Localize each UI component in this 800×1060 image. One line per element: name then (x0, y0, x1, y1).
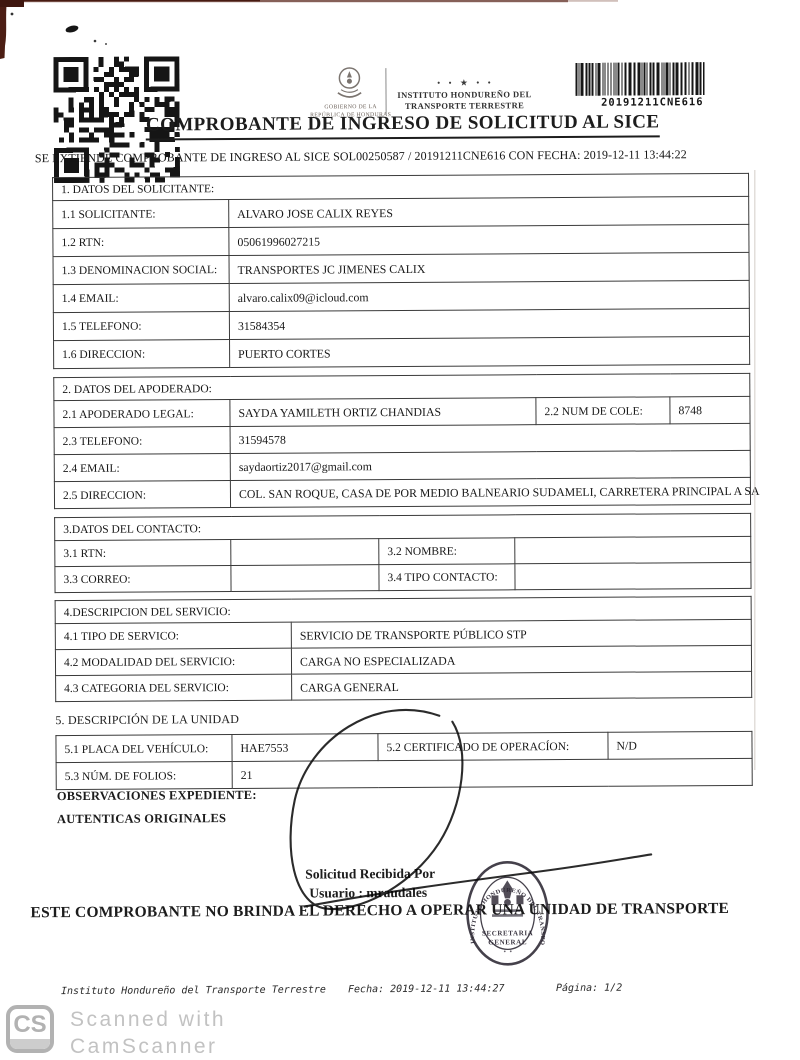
field-value: 31584354 (229, 308, 749, 339)
section-datos-solicitante: 1. DATOS DEL SOLICITANTE: 1.1 SOLICITANT… (52, 173, 750, 369)
field-value: HAE7553 (232, 734, 378, 762)
field-value: CARGA NO ESPECIALIZADA (291, 645, 751, 674)
scanned-document-page: GOBIERNO DE LA REPÚBLICA DE HONDURAS • •… (0, 0, 800, 1060)
field-value: SAYDA YAMILETH ORTIZ CHANDIAS (230, 398, 536, 427)
row-email: 2.4 EMAIL:saydaortiz2017@gmail.com (54, 450, 750, 481)
section-datos-contacto: 3.DATOS DEL CONTACTO: 3.1 RTN: 3.2 NOMBR… (54, 513, 751, 593)
received-by-label: Solicitud Recibida Por (305, 866, 435, 883)
row-telefono: 2.3 TELEFONO:31594578 (54, 423, 750, 454)
gov-emblem-icon (330, 64, 368, 102)
field-label: 1.2 RTN: (53, 228, 229, 257)
form-body: 1. DATOS DEL SOLICITANTE: 1.1 SOLICITANT… (52, 173, 753, 790)
footer-org: Instituto Hondureño del Transporte Terre… (61, 984, 326, 997)
row-solicitante: 1.1 SOLICITANTE:ALVARO JOSE CALIX REYES (53, 196, 749, 228)
field-label: 4.1 TIPO DE SERVICO: (55, 622, 291, 649)
field-label: 5.3 NÚM. DE FOLIOS: (56, 762, 232, 790)
section-datos-apoderado: 2. DATOS DEL APODERADO: 2.1 APODERADO LE… (53, 373, 751, 509)
field-label: 1.3 DENOMINACION SOCIAL: (53, 256, 229, 285)
observaciones-value: AUTENTICAS ORIGINALES (57, 811, 226, 827)
field-value: TRANSPORTES JC JIMENES CALIX (229, 252, 749, 283)
section-descripcion-servicio: 4.DESCRIPCION DEL SERVICIO: 4.1 TIPO DE … (55, 596, 753, 702)
stars-icon: • • ★ • • (395, 77, 535, 89)
camscanner-badge-band (10, 1039, 50, 1049)
row-apoderado-legal: 2.1 APODERADO LEGAL: SAYDA YAMILETH ORTI… (54, 396, 750, 427)
section-5-title: 5. DESCRIPCIÓN DE LA UNIDAD (55, 709, 752, 729)
received-by-user: Usuario : mraudales (309, 885, 427, 902)
institute-line1: INSTITUTO HONDUREÑO DEL (389, 89, 539, 101)
row-direccion: 2.5 DIRECCION:COL. SAN ROQUE, CASA DE PO… (54, 477, 750, 508)
seal-center-line2: GENERAL (488, 938, 527, 946)
row-telefono: 1.5 TELEFONO:31584354 (53, 308, 749, 340)
field-label: 4.2 MODALIDAD DEL SERVICIO: (55, 648, 291, 675)
field-label: 1.1 SOLICITANTE: (53, 200, 229, 229)
seal-coat-of-arms (491, 880, 523, 917)
row-rtn: 1.2 RTN:05061996027215 (53, 224, 749, 256)
ihtt-seal-stamp: INSTITUTO HONDUREÑO DEL TRANSPORTE TERRE… (460, 857, 555, 970)
field-value: alvaro.calix09@icloud.com (229, 280, 749, 311)
field-value: 21 (232, 758, 752, 788)
field-label: 5.2 CERTIFICADO DE OPERACÍON: (378, 732, 608, 760)
section-descripcion-unidad: 5.1 PLACA DEL VEHÍCULO: HAE7553 5.2 CERT… (55, 731, 752, 790)
footer-date: Fecha: 2019-12-11 13:44:27 (348, 983, 505, 995)
page-footer: Instituto Hondureño del Transporte Terre… (3, 982, 800, 987)
field-label: 3.4 TIPO CONTACTO: (379, 564, 515, 591)
observaciones-label: OBSERVACIONES EXPEDIENTE: (57, 788, 257, 804)
field-label: 2.3 TELEFONO: (54, 427, 230, 455)
field-value: 31594578 (230, 423, 750, 453)
disclaimer-line: ESTE COMPROBANTE NO BRINDA EL DERECHO A … (30, 900, 790, 923)
field-value: 8748 (670, 396, 750, 423)
row-correo-tipo: 3.3 CORREO: 3.4 TIPO CONTACTO: (55, 562, 751, 592)
camscanner-badge-text: CS (10, 1009, 50, 1041)
field-value-empty (515, 562, 751, 589)
document-content: GOBIERNO DE LA REPÚBLICA DE HONDURAS • •… (0, 0, 800, 1060)
seal-center-line1: SECRETARIA (482, 929, 533, 937)
document-title: COMPROBANTE DE INGRESO DE SOLICITUD AL S… (58, 111, 748, 141)
field-value: PUERTO CORTES (230, 336, 750, 367)
field-label: 2.1 APODERADO LEGAL: (54, 400, 230, 428)
field-label: 1.6 DIRECCION: (54, 340, 230, 369)
field-value: COL. SAN ROQUE, CASA DE POR MEDIO BALNEA… (230, 477, 750, 507)
field-label: 1.4 EMAIL: (53, 284, 229, 313)
field-label: 2.2 NUM DE COLE: (536, 397, 670, 425)
field-label: 3.3 CORREO: (55, 566, 231, 593)
barcode (575, 62, 705, 96)
field-value: N/D (608, 731, 752, 759)
field-value: CARGA GENERAL (292, 671, 752, 700)
field-value: saydaortiz2017@gmail.com (230, 450, 750, 480)
field-label: 1.5 TELEFONO: (53, 312, 229, 341)
field-value-empty (231, 565, 379, 592)
field-value-empty (515, 536, 751, 563)
camscanner-line1: Scanned with (70, 1006, 226, 1033)
field-label: 3.1 RTN: (55, 540, 231, 567)
row-categoria: 4.3 CATEGORIA DEL SERVICIO:CARGA GENERAL (56, 671, 752, 701)
field-label: 2.5 DIRECCION: (54, 481, 230, 509)
header-divider (385, 68, 386, 115)
footer-page: Página: 1/2 (556, 983, 622, 994)
camscanner-watermark: Scanned with CamScanner (70, 1006, 226, 1060)
row-direccion: 1.6 DIRECCION:PUERTO CORTES (54, 336, 750, 368)
camscanner-line2: CamScanner (70, 1033, 226, 1060)
institute-wordmark: INSTITUTO HONDUREÑO DEL TRANSPORTE TERRE… (389, 89, 539, 112)
field-value: ALVARO JOSE CALIX REYES (229, 196, 749, 227)
field-value-empty (231, 539, 379, 566)
camscanner-badge-icon: CS (6, 1005, 54, 1053)
row-placa-certificado: 5.1 PLACA DEL VEHÍCULO: HAE7553 5.2 CERT… (56, 731, 752, 762)
institute-line2: TRANSPORTE TERRESTRE (390, 100, 540, 112)
field-label: 2.4 EMAIL: (54, 454, 230, 482)
field-value: SERVICIO DE TRANSPORTE PÚBLICO STP (291, 619, 751, 648)
field-label: 4.3 CATEGORIA DEL SERVICIO: (56, 674, 292, 701)
barcode-text: 20191211CNE616 (576, 96, 704, 109)
row-folios: 5.3 NÚM. DE FOLIOS: 21 (56, 758, 752, 789)
row-email: 1.4 EMAIL:alvaro.calix09@icloud.com (53, 280, 749, 312)
field-label: 5.1 PLACA DEL VEHÍCULO: (56, 735, 232, 763)
row-denominacion: 1.3 DENOMINACION SOCIAL:TRANSPORTES JC J… (53, 252, 749, 284)
field-value: 05061996027215 (229, 224, 749, 255)
field-label: 3.2 NOMBRE: (379, 538, 515, 565)
